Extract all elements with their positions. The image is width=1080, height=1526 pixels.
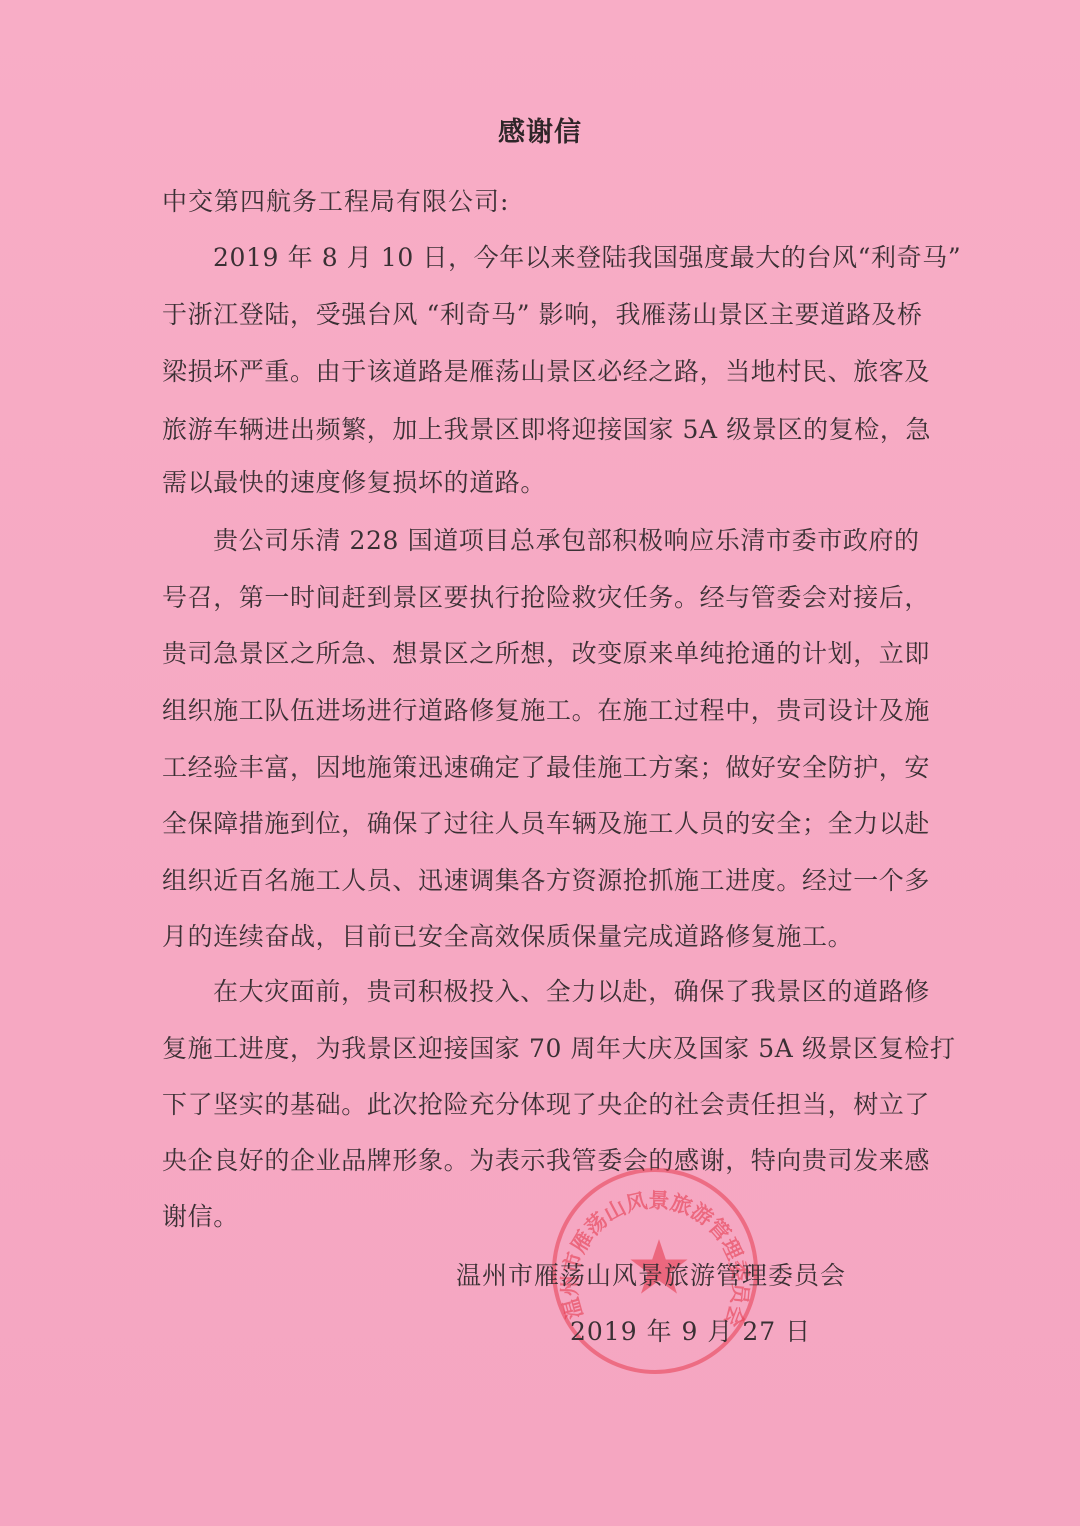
- paragraph-line: 下了坚实的基础。此次抢险充分体现了央企的社会责任担当，树立了: [162, 1085, 922, 1125]
- signature-organization: 温州市雁荡山风景旅游管理委员会: [456, 1256, 846, 1292]
- paragraph-line: 工经验丰富，因地施策迅速确定了最佳施工方案；做好安全防护，安: [162, 748, 922, 788]
- paragraph-line: 在大灾面前，贵司积极投入、全力以赴，确保了我景区的道路修: [213, 972, 922, 1012]
- paragraph-line: 复施工进度，为我景区迎接国家 70 周年大庆及国家 5A 级景区复检打: [162, 1029, 922, 1069]
- letter-title: 感谢信: [0, 110, 1080, 149]
- paragraph-line: 谢信。: [162, 1197, 922, 1237]
- paragraph-line: 旅游车辆进出频繁，加上我景区即将迎接国家 5A 级景区的复检，急: [162, 410, 922, 450]
- paragraph-line: 央企良好的企业品牌形象。为表示我管委会的感谢，特向贵司发来感: [162, 1141, 922, 1181]
- letter-page: 感谢信 中交第四航务工程局有限公司: 2019 年 8 月 10 日，今年以来登…: [0, 0, 1080, 1526]
- paragraph-line: 需以最快的速度修复损坏的道路。: [162, 463, 922, 503]
- salutation: 中交第四航务工程局有限公司:: [162, 182, 509, 218]
- paragraph-line: 号召，第一时间赶到景区要执行抢险救灾任务。经与管委会对接后，: [162, 578, 922, 618]
- paragraph-line: 2019 年 8 月 10 日，今年以来登陆我国强度最大的台风“利奇马”: [213, 238, 922, 278]
- paragraph-line: 组织近百名施工人员、迅速调集各方资源抢抓施工进度。经过一个多: [162, 861, 922, 901]
- paragraph-line: 组织施工队伍进场进行道路修复施工。在施工过程中，贵司设计及施: [162, 691, 922, 731]
- paragraph-line: 贵司急景区之所急、想景区之所想，改变原来单纯抢通的计划，立即: [162, 634, 922, 674]
- paragraph-line: 贵公司乐清 228 国道项目总承包部积极响应乐清市委市政府的: [213, 521, 922, 561]
- paragraph-line: 月的连续奋战，目前已安全高效保质保量完成道路修复施工。: [162, 917, 922, 957]
- letter-date: 2019 年 9 月 27 日: [570, 1312, 811, 1348]
- paragraph-line: 于浙江登陆，受强台风 “利奇马” 影响，我雁荡山景区主要道路及桥: [162, 295, 922, 335]
- paragraph-line: 全保障措施到位，确保了过往人员车辆及施工人员的安全；全力以赴: [162, 804, 922, 844]
- paragraph-line: 梁损坏严重。由于该道路是雁荡山景区必经之路，当地村民、旅客及: [162, 352, 922, 392]
